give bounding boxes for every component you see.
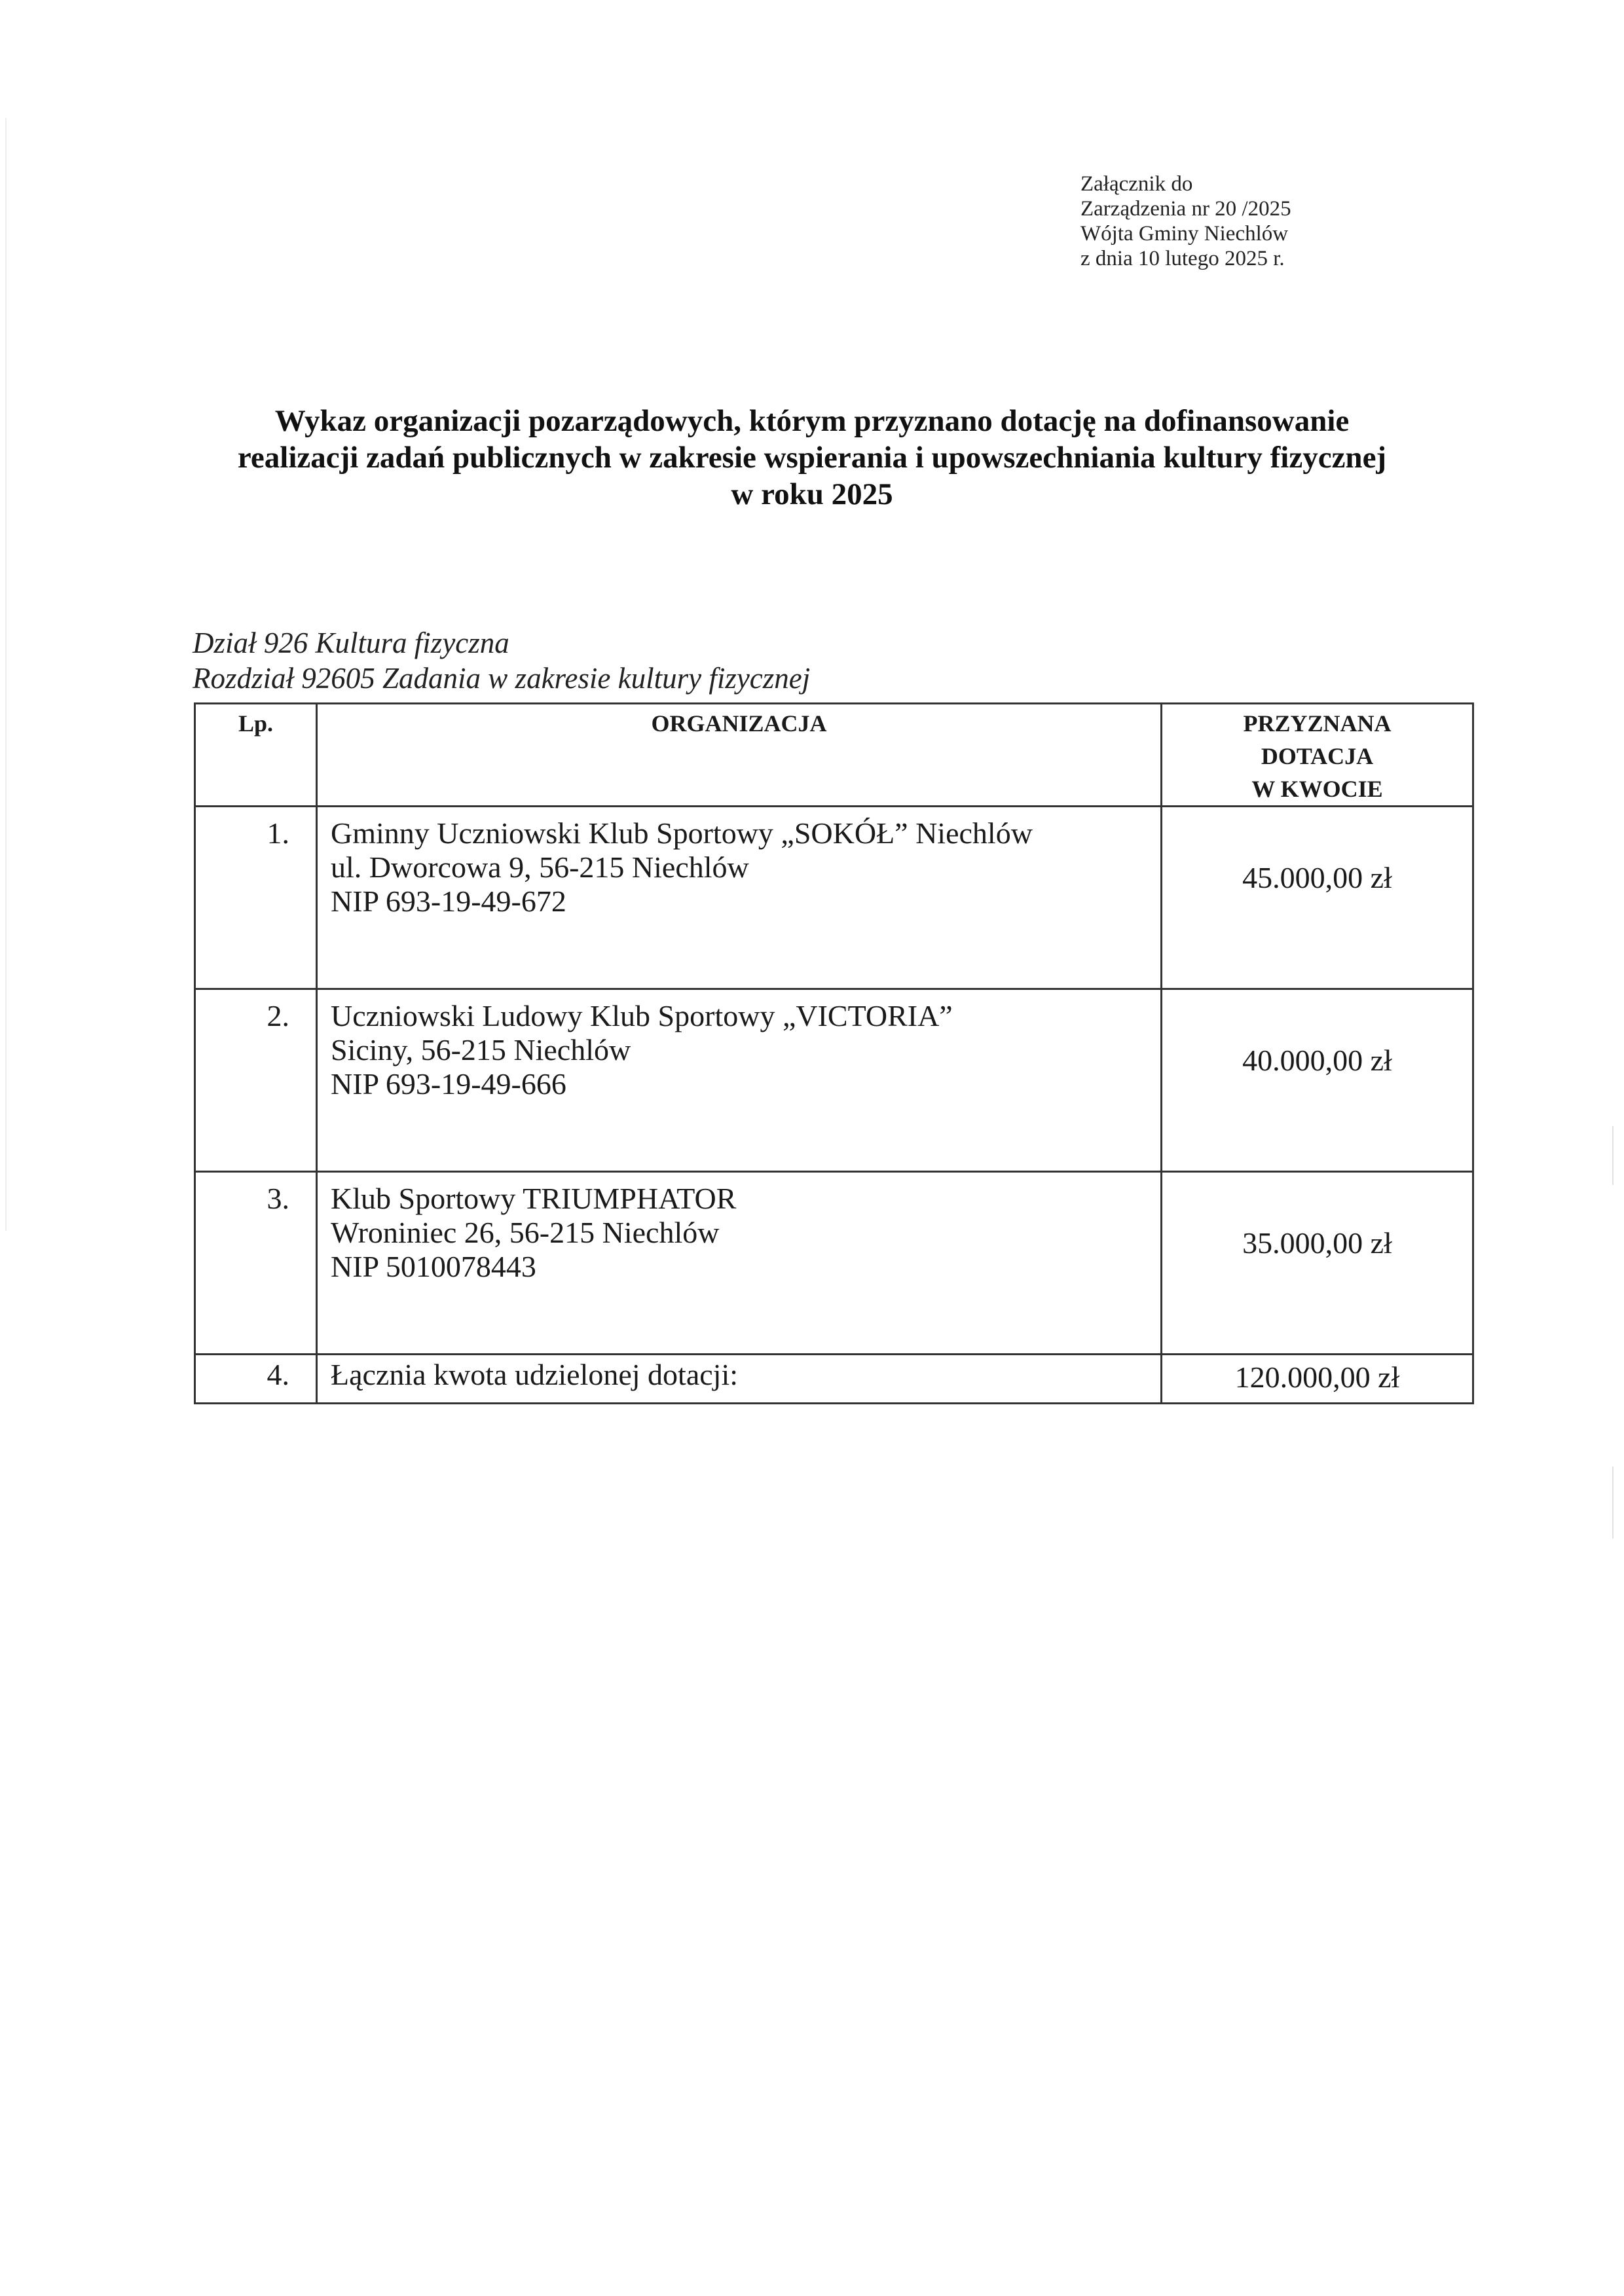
table-row: 3. Klub Sportowy TRIUMPHATOR Wroniniec 2… [195, 1172, 1473, 1355]
table-row: 2. Uczniowski Ludowy Klub Sportowy „VICT… [195, 989, 1473, 1172]
annex-header: Załącznik do Zarządzenia nr 20 /2025 Wój… [1080, 172, 1291, 271]
header-lp: Lp. [195, 704, 317, 807]
scan-mark [1612, 1126, 1614, 1185]
header-amount-line: PRZYZNANA [1162, 707, 1472, 740]
total-lp: 4. [195, 1355, 317, 1404]
row-amount: 45.000,00 zł [1162, 807, 1473, 989]
header-amount-line: DOTACJA [1162, 740, 1472, 773]
scan-mark [1612, 1467, 1614, 1539]
table-row: 1. Gminny Uczniowski Klub Sportowy „SOKÓ… [195, 807, 1473, 989]
row-lp: 1. [195, 807, 317, 989]
row-organization: Uczniowski Ludowy Klub Sportowy „VICTORI… [317, 989, 1162, 1172]
org-nip: NIP 5010078443 [331, 1250, 1160, 1284]
document-title: Wykaz organizacji pozarządowych, którym … [164, 403, 1460, 513]
dzial-label: Dział 926 Kultura fizyczna [193, 625, 810, 661]
annex-line: Wójta Gminy Niechlów [1080, 221, 1291, 246]
row-organization: Klub Sportowy TRIUMPHATOR Wroniniec 26, … [317, 1172, 1162, 1355]
header-amount: PRZYZNANA DOTACJA W KWOCIE [1162, 704, 1473, 807]
org-name: Klub Sportowy TRIUMPHATOR [331, 1182, 1160, 1216]
header-amount-line: W KWOCIE [1162, 773, 1472, 805]
annex-line: Załącznik do [1080, 172, 1291, 196]
total-amount: 120.000,00 zł [1162, 1355, 1473, 1404]
row-amount: 40.000,00 zł [1162, 989, 1473, 1172]
org-nip: NIP 693-19-49-666 [331, 1067, 1160, 1101]
rozdzial-label: Rozdział 92605 Zadania w zakresie kultur… [193, 661, 810, 696]
total-row: 4. Łącznia kwota udzielonej dotacji: 120… [195, 1355, 1473, 1404]
annex-line: Zarządzenia nr 20 /2025 [1080, 196, 1291, 221]
title-line: Wykaz organizacji pozarządowych, którym … [164, 403, 1460, 439]
org-address: Wroniniec 26, 56-215 Niechlów [331, 1216, 1160, 1250]
org-address: ul. Dworcowa 9, 56-215 Niechlów [331, 850, 1160, 884]
row-organization: Gminny Uczniowski Klub Sportowy „SOKÓŁ” … [317, 807, 1162, 989]
grants-table: Lp. ORGANIZACJA PRZYZNANA DOTACJA W KWOC… [194, 702, 1474, 1404]
annex-line: z dnia 10 lutego 2025 r. [1080, 246, 1291, 271]
table-header-row: Lp. ORGANIZACJA PRZYZNANA DOTACJA W KWOC… [195, 704, 1473, 807]
title-line: w roku 2025 [164, 476, 1460, 513]
scan-edge-artifact [5, 118, 7, 1231]
budget-classification: Dział 926 Kultura fizyczna Rozdział 9260… [193, 625, 810, 696]
org-address: Siciny, 56-215 Niechlów [331, 1033, 1160, 1067]
header-organization: ORGANIZACJA [317, 704, 1162, 807]
total-label: Łącznia kwota udzielonej dotacji: [317, 1355, 1162, 1404]
org-name: Gminny Uczniowski Klub Sportowy „SOKÓŁ” … [331, 816, 1160, 850]
row-lp: 3. [195, 1172, 317, 1355]
org-nip: NIP 693-19-49-672 [331, 884, 1160, 919]
org-name: Uczniowski Ludowy Klub Sportowy „VICTORI… [331, 999, 1160, 1033]
row-amount: 35.000,00 zł [1162, 1172, 1473, 1355]
title-line: realizacji zadań publicznych w zakresie … [164, 439, 1460, 476]
row-lp: 2. [195, 989, 317, 1172]
